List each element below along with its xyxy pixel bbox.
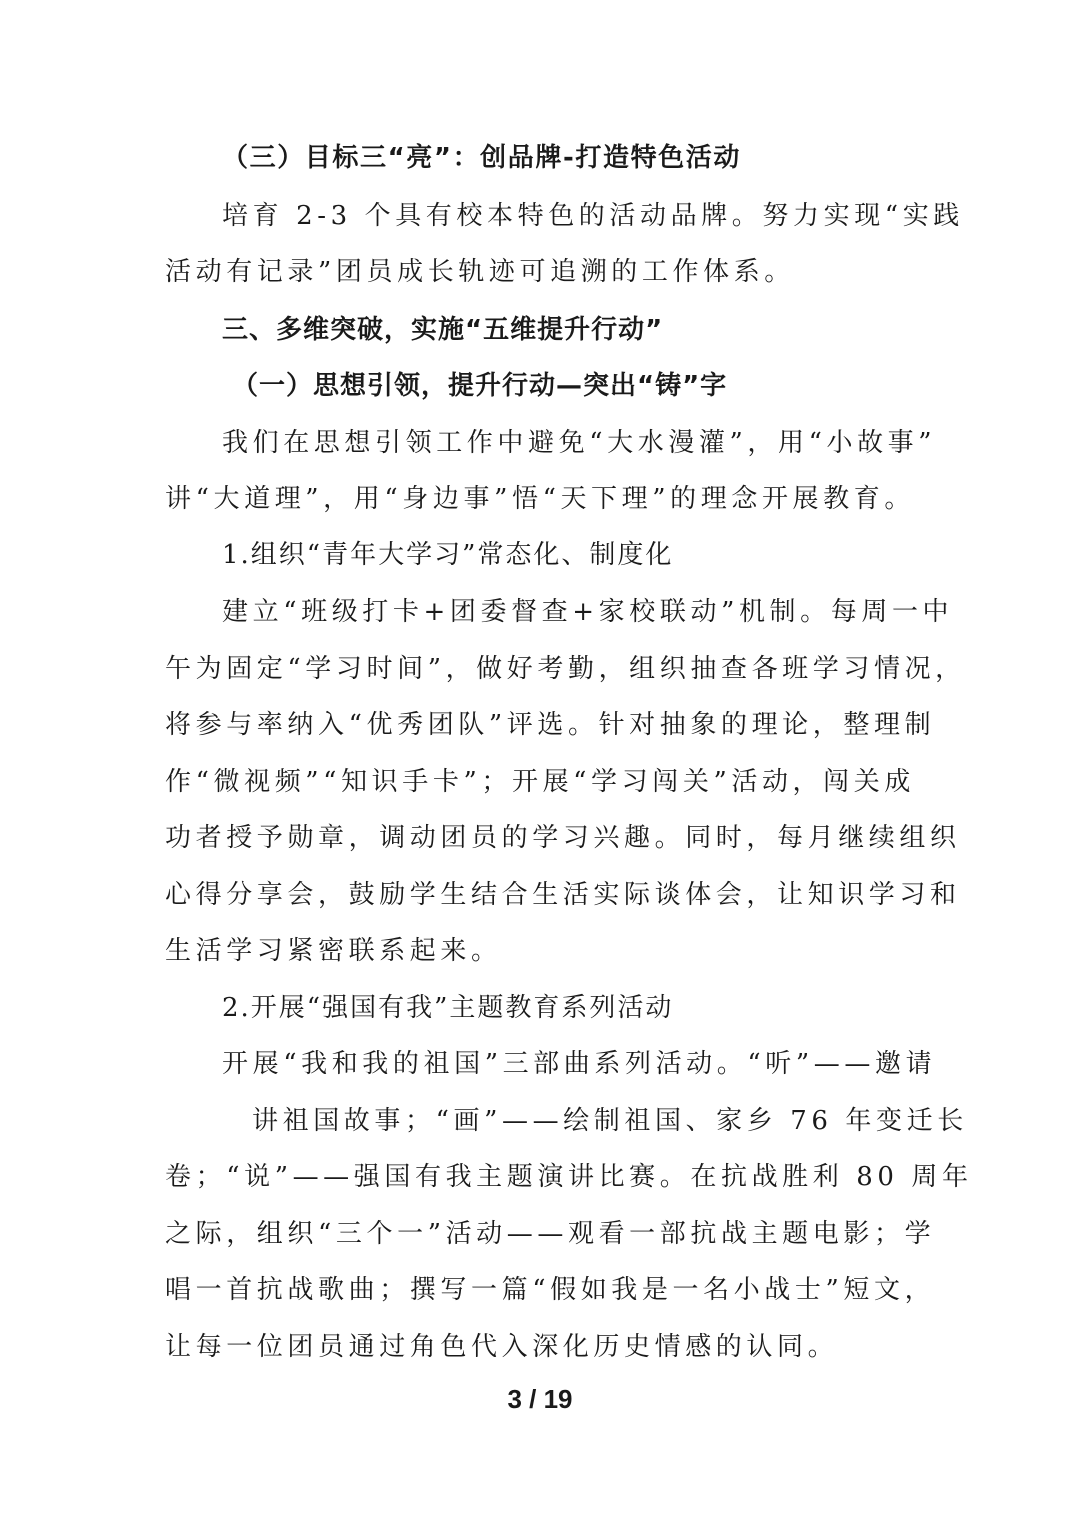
paragraph-line: 作“微视频”“知识手卡”；开展“学习闯关”活动，闯关成 [165, 764, 915, 800]
paragraph-line: 心得分享会，鼓励学生结合生活实际谈体会，让知识学习和 [165, 877, 961, 913]
paragraph-line: 卷；“说”——强国有我主题演讲比赛。在抗战胜利 80 周年 [165, 1159, 973, 1195]
paragraph-line: 开展“我和我的祖国”三部曲系列活动。“听”——邀请 [222, 1046, 936, 1082]
paragraph-line: 讲“大道理”，用“身边事”悟“天下理”的理念开展教育。 [165, 481, 915, 517]
subsection-heading-3: （三）目标三“亮”：创品牌-打造特色活动 [222, 140, 741, 176]
subsection-heading-1: （一）思想引领，提升行动—突出“铸”字 [232, 368, 727, 404]
paragraph-line: 之际，组织“三个一”活动——观看一部抗战主题电影；学 [165, 1216, 935, 1252]
document-page: （三）目标三“亮”：创品牌-打造特色活动 培育 2-3 个具有校本特色的活动品牌… [0, 0, 1080, 1527]
paragraph-line: 讲祖国故事；“画”——绘制祖国、家乡 76 年变迁长 [252, 1103, 968, 1139]
section-heading: 三、多维突破，实施“五维提升行动” [222, 312, 663, 348]
paragraph-line: 我们在思想引领工作中避免“大水漫灌”，用“小故事” [222, 425, 936, 461]
paragraph-line: 将参与率纳入“优秀团队”评选。针对抽象的理论，整理制 [165, 707, 935, 743]
paragraph-line: 活动有记录”团员成长轨迹可追溯的工作体系。 [165, 254, 795, 290]
paragraph-line: 功者授予勋章，调动团员的学习兴趣。同时，每月继续组织 [165, 820, 961, 856]
item-heading-1: 1.组织“青年大学习”常态化、制度化 [222, 537, 673, 573]
paragraph-line: 让每一位团员通过角色代入深化历史情感的认同。 [165, 1329, 838, 1365]
paragraph-line: 生活学习紧密联系起来。 [165, 933, 502, 969]
page-number: 3 / 19 [0, 1384, 1080, 1415]
item-heading-2: 2.开展“强国有我”主题教育系列活动 [222, 990, 673, 1026]
paragraph-line: 唱一首抗战歌曲；撰写一篇“假如我是一名小战士”短文， [165, 1272, 935, 1308]
paragraph-line: 培育 2-3 个具有校本特色的活动品牌。努力实现“实践 [222, 198, 964, 234]
paragraph-line: 午为固定“学习时间”，做好考勤，组织抽查各班学习情况， [165, 651, 966, 687]
paragraph-line: 建立“班级打卡+团委督查+家校联动”机制。每周一中 [222, 594, 953, 630]
